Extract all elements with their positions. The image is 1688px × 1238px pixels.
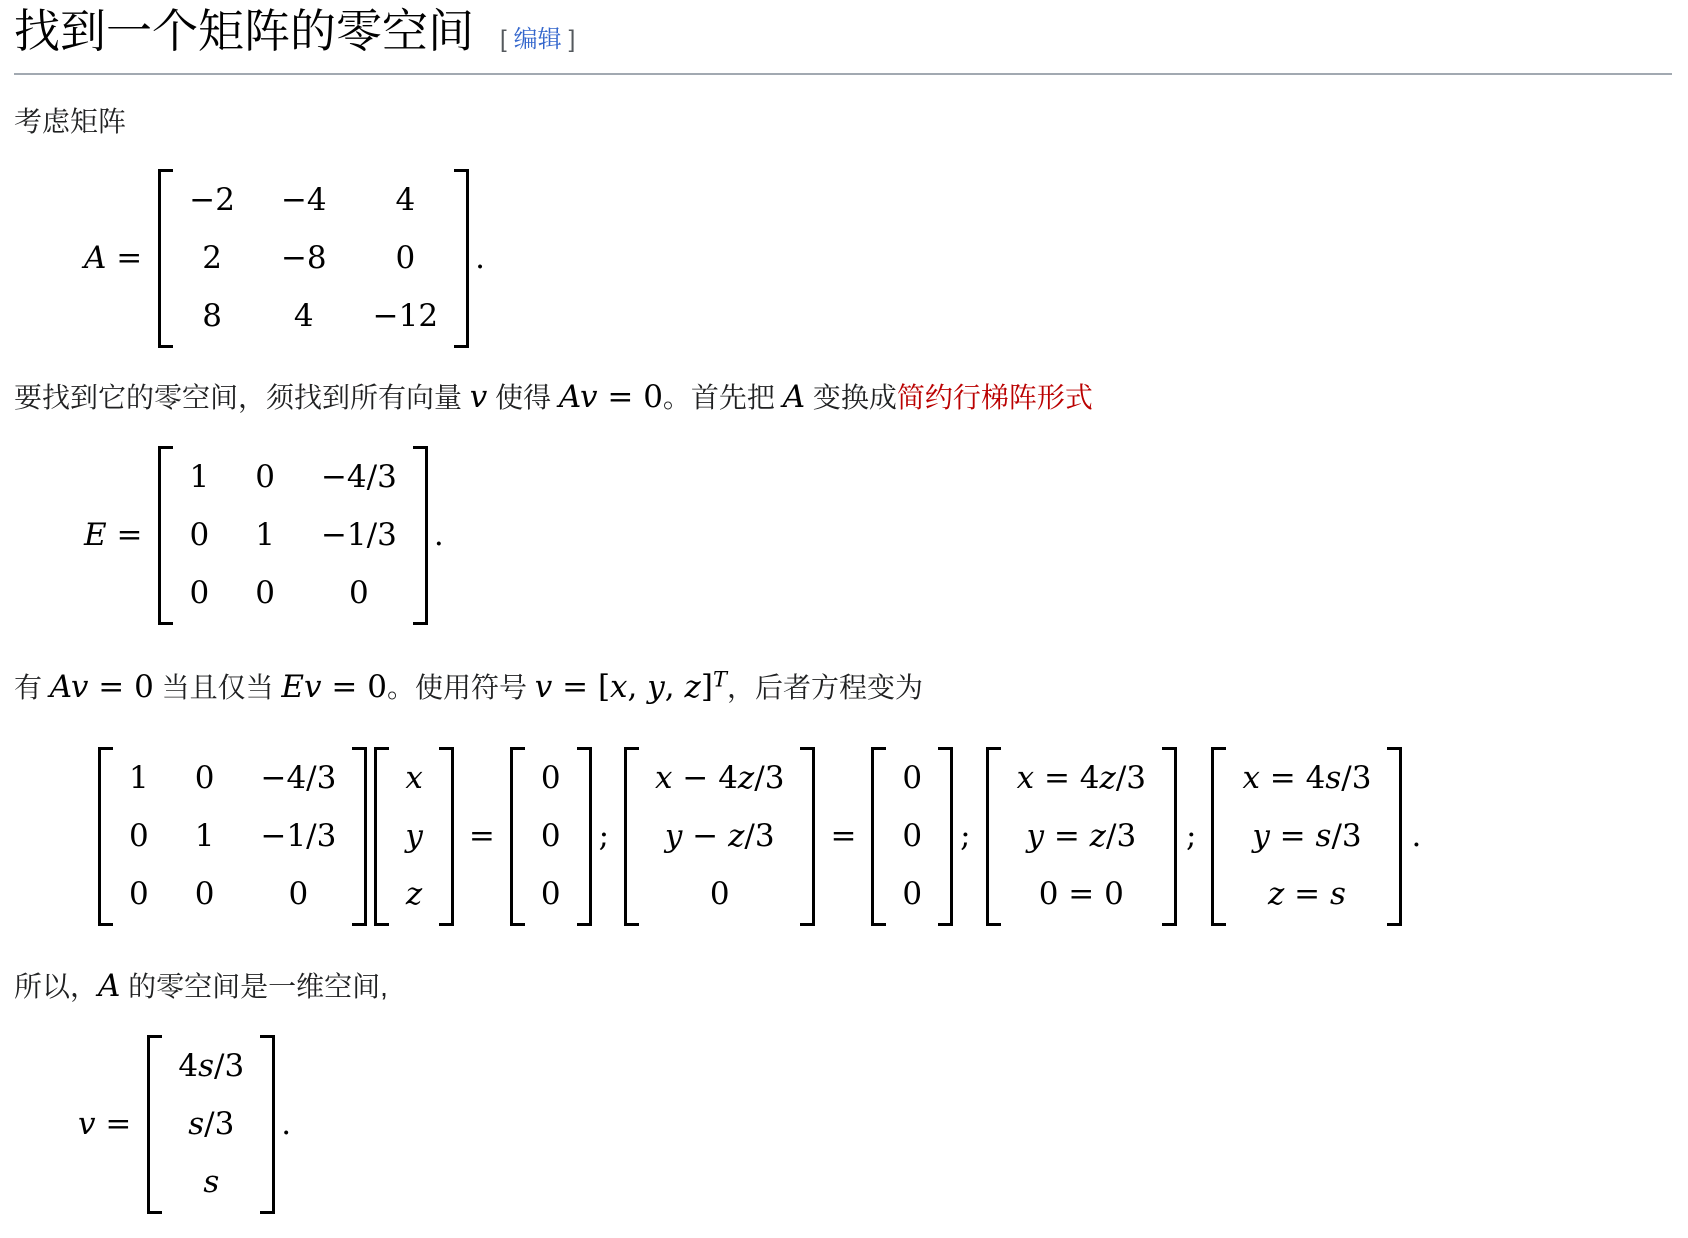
matrix-cell: 0 (255, 456, 275, 499)
variable-vector: x y z (374, 747, 454, 926)
vector-grid: x = 4z/3 y = z/3 0 = 0 (1001, 747, 1162, 926)
vector-grid: x = 4s/3 y = s/3 z = s (1226, 747, 1387, 926)
vector-cell: x = 4s/3 (1242, 757, 1371, 800)
matrix-cell: −1/3 (260, 815, 336, 858)
matrix-bracket-left (158, 169, 173, 348)
zero-vector: 0 0 0 (871, 747, 953, 926)
equation-matrix-a: A = −2 −4 4 2 −8 0 8 4 −12 . (84, 169, 1672, 348)
equation-matrix-e: E = 1 0 −4/3 0 1 −1/3 0 0 0 . (84, 446, 1672, 625)
matrix-bracket-right (413, 446, 428, 625)
matrix-bracket-left (374, 747, 389, 926)
math-inline-a: A (98, 968, 120, 1004)
matrix-cell: −4 (281, 179, 327, 222)
vector-grid: x y z (389, 747, 439, 926)
matrix-cell: 8 (202, 295, 222, 338)
expression-vector-2: x = 4z/3 y = z/3 0 = 0 (986, 747, 1177, 926)
matrix-bracket-left (871, 747, 886, 926)
section-header: 找到一个矩阵的零空间 [编辑] (14, 4, 1672, 75)
matrix-cell: −1/3 (321, 514, 397, 557)
matrix-cell: 0 (129, 873, 149, 916)
edit-link[interactable]: 编辑 (514, 26, 562, 53)
matrix-cell: −8 (281, 237, 327, 280)
text-run: 。首先把 (663, 382, 783, 413)
matrix-cell: −4/3 (260, 757, 336, 800)
vector-cell: y − z/3 (665, 815, 775, 858)
matrix-cell: 0 (195, 757, 215, 800)
matrix-cell: 2 (202, 237, 222, 280)
math-inline-v: v (470, 379, 488, 415)
math-inline-av0: Av = 0 (50, 669, 154, 705)
semicolon-operator: ; (599, 818, 609, 854)
vector-cell: x = 4z/3 (1017, 757, 1146, 800)
matrix-bracket-right (352, 747, 367, 926)
matrix-bracket-left (1211, 747, 1226, 926)
matrix-bracket-right (577, 747, 592, 926)
matrix-bracket-left (147, 1035, 162, 1214)
matrix-e: 1 0 −4/3 0 1 −1/3 0 0 0 (158, 446, 427, 625)
matrix-bracket-right (1162, 747, 1177, 926)
matrix-cell: 0 (189, 572, 209, 615)
redlink-rref[interactable]: 简约行梯阵形式 (897, 382, 1093, 413)
equation-row: 1 0 −4/3 0 1 −1/3 0 0 0 x y z = (98, 747, 1672, 926)
matrix-bracket-right (938, 747, 953, 926)
vector-cell: 0 (902, 757, 922, 800)
matrix-cell: 0 (395, 237, 415, 280)
math-inline-ev0: Ev = 0 (281, 669, 387, 705)
text-run: ，后者方程变为 (727, 672, 923, 703)
matrix-bracket-left (624, 747, 639, 926)
matrix-bracket-left (98, 747, 113, 926)
text-run: 所以， (14, 971, 98, 1002)
semicolon-operator: ; (1186, 818, 1196, 854)
matrix-bracket-right (439, 747, 454, 926)
vector-cell: 0 (541, 815, 561, 858)
coefficient-matrix: 1 0 −4/3 0 1 −1/3 0 0 0 (98, 747, 367, 926)
semicolon-operator: ; (960, 818, 970, 854)
vector-cell: z = s (1268, 873, 1346, 916)
expression-vector-1: x − 4z/3 y − z/3 0 (624, 747, 815, 926)
matrix-cell: 0 (129, 815, 149, 858)
matrix-bracket-left (510, 747, 525, 926)
vector-cell: 0 (541, 757, 561, 800)
vector-cell: 0 = 0 (1039, 873, 1124, 916)
v-vector-lhs: v = (78, 1106, 131, 1142)
text-run: 当且仅当 (154, 672, 282, 703)
vector-cell: y = z/3 (1026, 815, 1136, 858)
text-run: 使得 (487, 382, 559, 413)
math-superscript-t: T (713, 667, 727, 691)
matrix-cell: 1 (189, 456, 209, 499)
edit-bracket-close: ] (569, 26, 576, 53)
vector-cell: s/3 (188, 1103, 234, 1146)
matrix-cell: 0 (189, 514, 209, 557)
zero-vector: 0 0 0 (510, 747, 592, 926)
period: . (475, 240, 485, 276)
vector-cell: x − 4z/3 (655, 757, 784, 800)
math-inline-a: A (783, 379, 805, 415)
period: . (434, 517, 444, 553)
matrix-cell: 0 (289, 873, 309, 916)
vector-cell: 0 (541, 873, 561, 916)
text-run: 变换成 (805, 382, 897, 413)
matrix-cell: 1 (195, 815, 215, 858)
vector-cell: y (405, 815, 423, 858)
vector-cell: x (405, 757, 422, 800)
matrix-cell: 0 (349, 572, 369, 615)
matrix-cell: 4 (395, 179, 415, 222)
matrix-bracket-left (158, 446, 173, 625)
matrix-bracket-right (1387, 747, 1402, 926)
vector-grid: x − 4z/3 y − z/3 0 (639, 747, 800, 926)
matrix-cell: 4 (294, 295, 314, 338)
matrix-bracket-right (454, 169, 469, 348)
matrix-cell: −12 (373, 295, 438, 338)
text-run: 要找到它的零空间，须找到所有向量 (14, 382, 470, 413)
vector-cell: 4s/3 (178, 1045, 244, 1088)
vector-cell: 0 (710, 873, 730, 916)
period: . (281, 1106, 291, 1142)
vector-cell: s (203, 1161, 219, 1204)
v-vector: 4s/3 s/3 s (147, 1035, 275, 1214)
vector-cell: 0 (902, 815, 922, 858)
vector-grid: 0 0 0 (525, 747, 577, 926)
matrix-cell: 1 (255, 514, 275, 557)
edit-bracket-open: [ (500, 26, 507, 53)
matrix-a-lhs: A = (84, 240, 142, 276)
math-inline-av0: Av = 0 (559, 379, 663, 415)
matrix-cell: 1 (129, 757, 149, 800)
vector-grid: 4s/3 s/3 s (162, 1035, 260, 1214)
paragraph-iff: 有 Av = 0 当且仅当 Ev = 0。使用符号 v = [x, y, z]T… (14, 663, 1672, 711)
vector-cell: z (406, 873, 422, 916)
equation-v-vector: v = 4s/3 s/3 s . (78, 1035, 1672, 1214)
text-run: 有 (14, 672, 50, 703)
matrix-e-lhs: E = (84, 517, 142, 553)
edit-section: [编辑] (500, 19, 575, 54)
vector-cell: 0 (902, 873, 922, 916)
expression-vector-3: x = 4s/3 y = s/3 z = s (1211, 747, 1402, 926)
text-run: 。使用符号 (387, 672, 535, 703)
matrix-a-grid: −2 −4 4 2 −8 0 8 4 −12 (173, 169, 454, 348)
matrix-cell: −2 (189, 179, 235, 222)
matrix-a: −2 −4 4 2 −8 0 8 4 −12 (158, 169, 469, 348)
paragraph-conclusion: 所以，A 的零空间是一维空间, (14, 962, 1672, 1010)
period: . (1411, 818, 1421, 854)
matrix-cell: 0 (195, 873, 215, 916)
article-content: 找到一个矩阵的零空间 [编辑] 考虑矩阵 A = −2 −4 4 2 −8 0 … (0, 0, 1688, 1214)
matrix-cell: −4/3 (321, 456, 397, 499)
vector-grid: 0 0 0 (886, 747, 938, 926)
paragraph-find-nullspace: 要找到它的零空间，须找到所有向量 v 使得 Av = 0。首先把 A 变换成简约… (14, 373, 1672, 421)
section-title: 找到一个矩阵的零空间 (14, 4, 474, 59)
vector-cell: y = s/3 (1252, 815, 1361, 858)
matrix-bracket-right (800, 747, 815, 926)
matrix-cell: 0 (255, 572, 275, 615)
matrix-bracket-left (986, 747, 1001, 926)
math-inline-v-xyz: v = [x, y, z] (535, 669, 713, 705)
equals-operator: = (830, 818, 856, 854)
coefficient-grid: 1 0 −4/3 0 1 −1/3 0 0 0 (113, 747, 352, 926)
text-run: 的零空间是一维空间, (120, 971, 388, 1002)
matrix-e-grid: 1 0 −4/3 0 1 −1/3 0 0 0 (173, 446, 412, 625)
paragraph-intro: 考虑矩阵 (14, 100, 1672, 143)
equals-operator: = (469, 818, 495, 854)
matrix-bracket-right (260, 1035, 275, 1214)
